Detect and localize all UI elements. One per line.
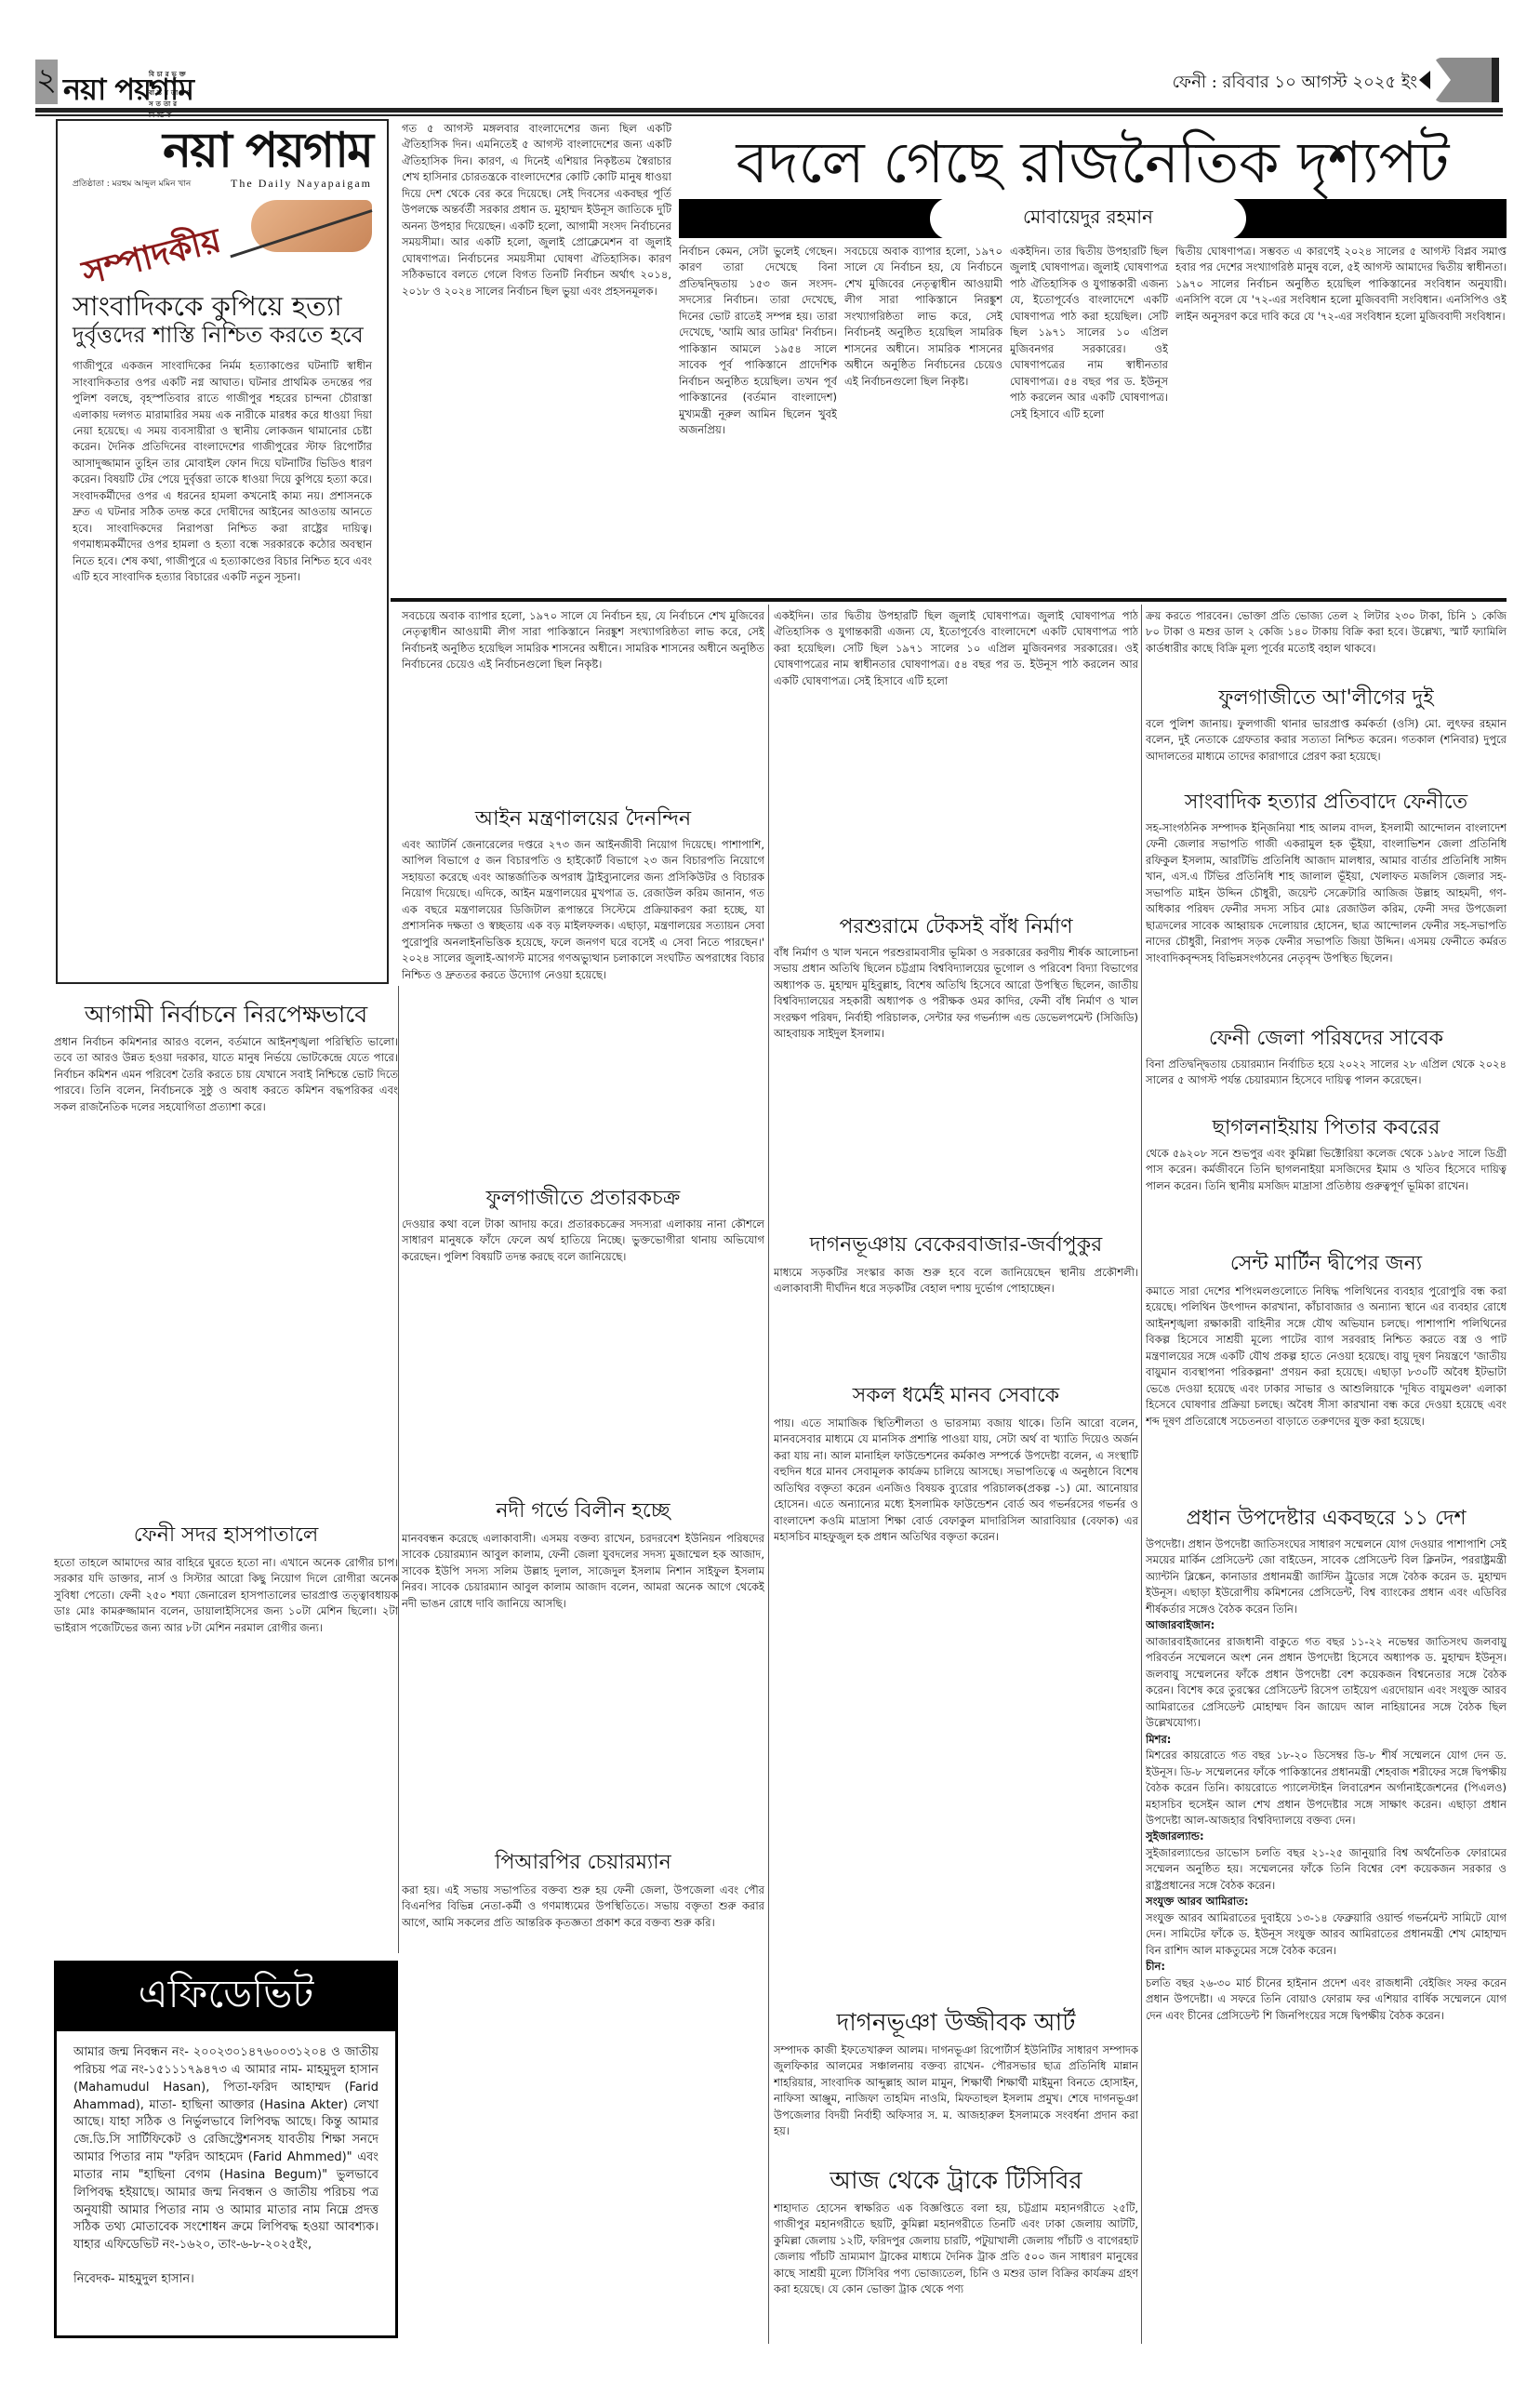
art-headline: দাগনভূঞা উজ্জীবক আর্ট [774, 2009, 1138, 2038]
lead-headline: বদলে গেছে রাজনৈতিক দৃশ্যপট [679, 128, 1507, 197]
founder-line: প্রতিষ্ঠাতা : মরহুম আব্দুল মমিন খান [73, 177, 191, 191]
section-title-egypt: মিশর: [1146, 1732, 1507, 1748]
election-headline: আগামী নির্বাচনে নিরপেক্ষভাবে [54, 1001, 398, 1029]
chief-adviser-headline: প্রধান উপদেষ্টার একবছরে ১১ দেশ [1146, 1507, 1507, 1531]
chhagalnaiya-headline: ছাগলনাইয়ায় পিতার কবরের [1146, 1116, 1507, 1140]
pr-chairman-body: করা হয়। এই সভায় সভাপতির বক্তব্য শুরু হ… [402, 1882, 764, 2338]
election-body: প্রধান নির্বাচন কমিশনার আরও বলেন, বর্তমা… [54, 1034, 398, 1518]
tcb-body: শাহাদাত হোসেন স্বাক্ষরিত এক বিজ্ঞপ্তিতে … [774, 2201, 1138, 2340]
affidavit-box: আমার জন্ম নিবন্ধন নং- ২০০২৩০১৪৭৬০০৩১২০৪ … [54, 2031, 398, 2338]
art-body: সম্পাদক কাজী ইফতেখারুল আলম। দাগনভূঞা রিপ… [774, 2042, 1138, 2163]
district-council-headline: ফেনী জেলা পরিষদের সাবেক [1146, 1027, 1507, 1051]
fulgazi-al-body: বলে পুলিশ জানায়। ফুলগাজী থানার ভারপ্রাপ… [1146, 716, 1507, 781]
byline: মোবায়েদুর রহমান [930, 197, 1246, 240]
editorial-banner: সম্পাদকীয় [73, 200, 372, 284]
humanity-body: পায়। এতে সামাজিক স্থিতিশীলতা ও ভারসাম্য… [774, 1416, 1138, 2002]
editorial-subtitle: দুর্বৃত্তদের শাস্তি নিশ্চিত করতে হবে [73, 322, 372, 349]
editorial-body: গাজীপুরে একজন সাংবাদিকের নির্মম হত্যাকাণ… [73, 358, 372, 586]
chhagalnaiya-body: থেকে ৫৯২০৮ সনে শুভপুর এবং কুমিল্লা ভিক্ট… [1146, 1146, 1507, 1248]
section-body-egypt: মিশরের কায়রোতে গত বছর ১৮-২০ ডিসেম্বর ডি… [1146, 1748, 1507, 1829]
english-name: The Daily Nayapaigam [231, 177, 372, 191]
pr-chairman-headline: পিআরপির চেয়ারম্যান [402, 1851, 764, 1875]
column-rule [768, 605, 769, 2344]
affidavit-body: আমার জন্ম নিবন্ধন নং- ২০০২৩০১৪৭৬০০৩১২০৪ … [73, 2044, 378, 2255]
issue-date: ফেনী : রবিবার ১০ আগস্ট ২০২৫ ইং [1173, 69, 1417, 98]
chief-adviser-article: উপদেষ্টা। প্রধান উপদেষ্টা জাতিসংঘের সাধা… [1146, 1536, 1507, 2346]
tab-shape-icon [1434, 58, 1492, 102]
section-body-uae: সংযুক্ত আরব আমিরাতের দুবাইয়ে ১৩-১৪ ফেব্… [1146, 1910, 1507, 1959]
tcb-continued: ক্রয় করতে পারবেন। ভোক্তা প্রতি ভোজ্য তে… [1146, 608, 1507, 673]
lead-col-3: সবচেয়ে অবাক ব্যাপার হলো, ১৯৭০ সালে যে ন… [844, 244, 1002, 597]
editorial-logo: নয়া পয়গাম [73, 126, 372, 175]
saint-martin-body: কমাতে সারা দেশের শপিংমলগুলোতে নিষিদ্ধ পল… [1146, 1284, 1507, 1505]
column-rule [398, 986, 399, 1953]
lead-col-2: নির্বাচন কেমন, সেটা ভুলেই গেছেন। কারণ তা… [679, 244, 837, 597]
editorial-logo-sub: প্রতিষ্ঠাতা : মরহুম আব্দুল মমিন খান The … [73, 177, 372, 191]
lead-story-intro: গত ৫ আগস্ট মঙ্গলবার বাংলাদেশের জন্য ছিল … [402, 121, 671, 595]
page-tab [1419, 58, 1503, 102]
section-title-azerbaijan: আজারবাইজান: [1146, 1617, 1507, 1633]
masthead-left: ২ বিচারভূক্ত ■ বাস্তবতা ও সততার নির্ভিক … [35, 56, 212, 104]
column-rule [1141, 605, 1142, 2344]
triangle-left-icon [1419, 71, 1430, 89]
header-rule-thin [35, 114, 1503, 116]
fulgazi-fraud-headline: ফুলগাজীতে প্রতারকচক্র [402, 1187, 764, 1211]
fulgazi-fraud-body: দেওয়ার কথা বলে টাকা আদায় করে। প্রতারকচ… [402, 1217, 764, 1496]
journalist-protest-body: সহ-সাংগঠনিক সম্পাদক ইন্জিনিয়া শাহ আলম ব… [1146, 820, 1507, 1027]
header-rule [35, 108, 1503, 113]
col3-top-body: একইদিন। তার দ্বিতীয় উপহারটি ছিল জুলাই ঘ… [774, 608, 1138, 906]
section-title-china: চীন: [1146, 1959, 1507, 1975]
river-headline: নদী গর্ভে বিলীন হচ্ছে [402, 1499, 764, 1523]
hospital-headline: ফেনী সদর হাসপাতালে [54, 1523, 398, 1548]
saint-martin-headline: সেন্ট মার্টিন দ্বীপের জন্য [1146, 1252, 1507, 1276]
law-ministry-body: এবং অ্যাটর্নি জেনারেলের দপ্তরে ২৭৩ জন আই… [402, 837, 764, 1181]
daganbhuiyan-market-headline: দাগনভূঞায় বেকেরবাজার-জর্বাপুকুর [774, 1233, 1138, 1257]
section-body-switzerland: সুইজারল্যান্ডের ডাভোস চলতি বছর ২১-২৫ জান… [1146, 1845, 1507, 1894]
section-body-china: চলতি বছর ২৬-৩০ মার্চ চীনের হাইনান প্রদেশ… [1146, 1975, 1507, 2024]
lead-col-4: একইদিন। তার দ্বিতীয় উপহারটি ছিল জুলাই ঘ… [1010, 244, 1168, 597]
river-body: মানববন্ধন করেছে এলাকাবাসী। এসময় বক্তব্য… [402, 1531, 764, 1847]
masthead-tagline: বিচারভূক্ত ■ বাস্তবতা ও সততার নির্ভিক [149, 69, 193, 121]
col2-top-body: সবচেয়ে অবাক ব্যাপার হলো, ১৯৭০ সালে যে ন… [402, 608, 764, 804]
dam-headline: পরশুরামে টেকসই বাঁধ নির্মাণ [774, 915, 1138, 939]
section-title-uae: সংযুক্ত আরব আমিরাত: [1146, 1894, 1507, 1909]
tcb-headline: আজ থেকে ট্রাকে টিসিবির [774, 2167, 1138, 2196]
affidavit-signature: নিবেদক- মাহমুদুল হাসান। [73, 2271, 378, 2289]
lead-col-5: দ্বিতীয় ঘোষণাপত্র। সম্ভবত এ কারণেই ২০২৪… [1175, 244, 1507, 597]
editorial-box: নয়া পয়গাম প্রতিষ্ঠাতা : মরহুম আব্দুল ম… [56, 119, 389, 984]
hospital-body: হতো তাহলে আমাদের আর বাহিরে ঘুরতে হতো না।… [54, 1555, 398, 1955]
district-council-body: বিনা প্রতিদ্বন্দ্বিতায় চেয়ারম্যান নির্… [1146, 1057, 1507, 1112]
chief-adviser-intro: উপদেষ্টা। প্রধান উপদেষ্টা জাতিসংঘের সাধা… [1146, 1536, 1507, 1617]
dam-body: বাঁধ নির্মাণ ও খাল খননে পরশুরামবাসীর ভূম… [774, 945, 1138, 1224]
section-body-azerbaijan: আজারবাইজানের রাজধানী বাকুতে গত বছর ১১-২২… [1146, 1634, 1507, 1732]
affidavit-title: এফিডেভিট [54, 1961, 398, 2031]
section-title-switzerland: সুইজারল্যান্ড: [1146, 1829, 1507, 1844]
humanity-headline: সকল ধর্মেই মানব সেবাকে [774, 1384, 1138, 1408]
journalist-protest-headline: সাংবাদিক হত্যার প্রতিবাদে ফেনীতে [1146, 791, 1507, 815]
law-ministry-headline: আইন মন্ত্রণালয়ের দৈনন্দিন [402, 807, 764, 831]
page-number: ২ [35, 60, 58, 104]
section-divider [391, 598, 1507, 602]
daganbhuiyan-market-body: মাধ্যমে সড়কটির সংস্কার কাজ শুরু হবে বলে… [774, 1265, 1138, 1377]
tab-edge [1492, 58, 1499, 102]
fulgazi-al-headline: ফুলগাজীতে আ'লীগের দুই [1146, 686, 1507, 711]
